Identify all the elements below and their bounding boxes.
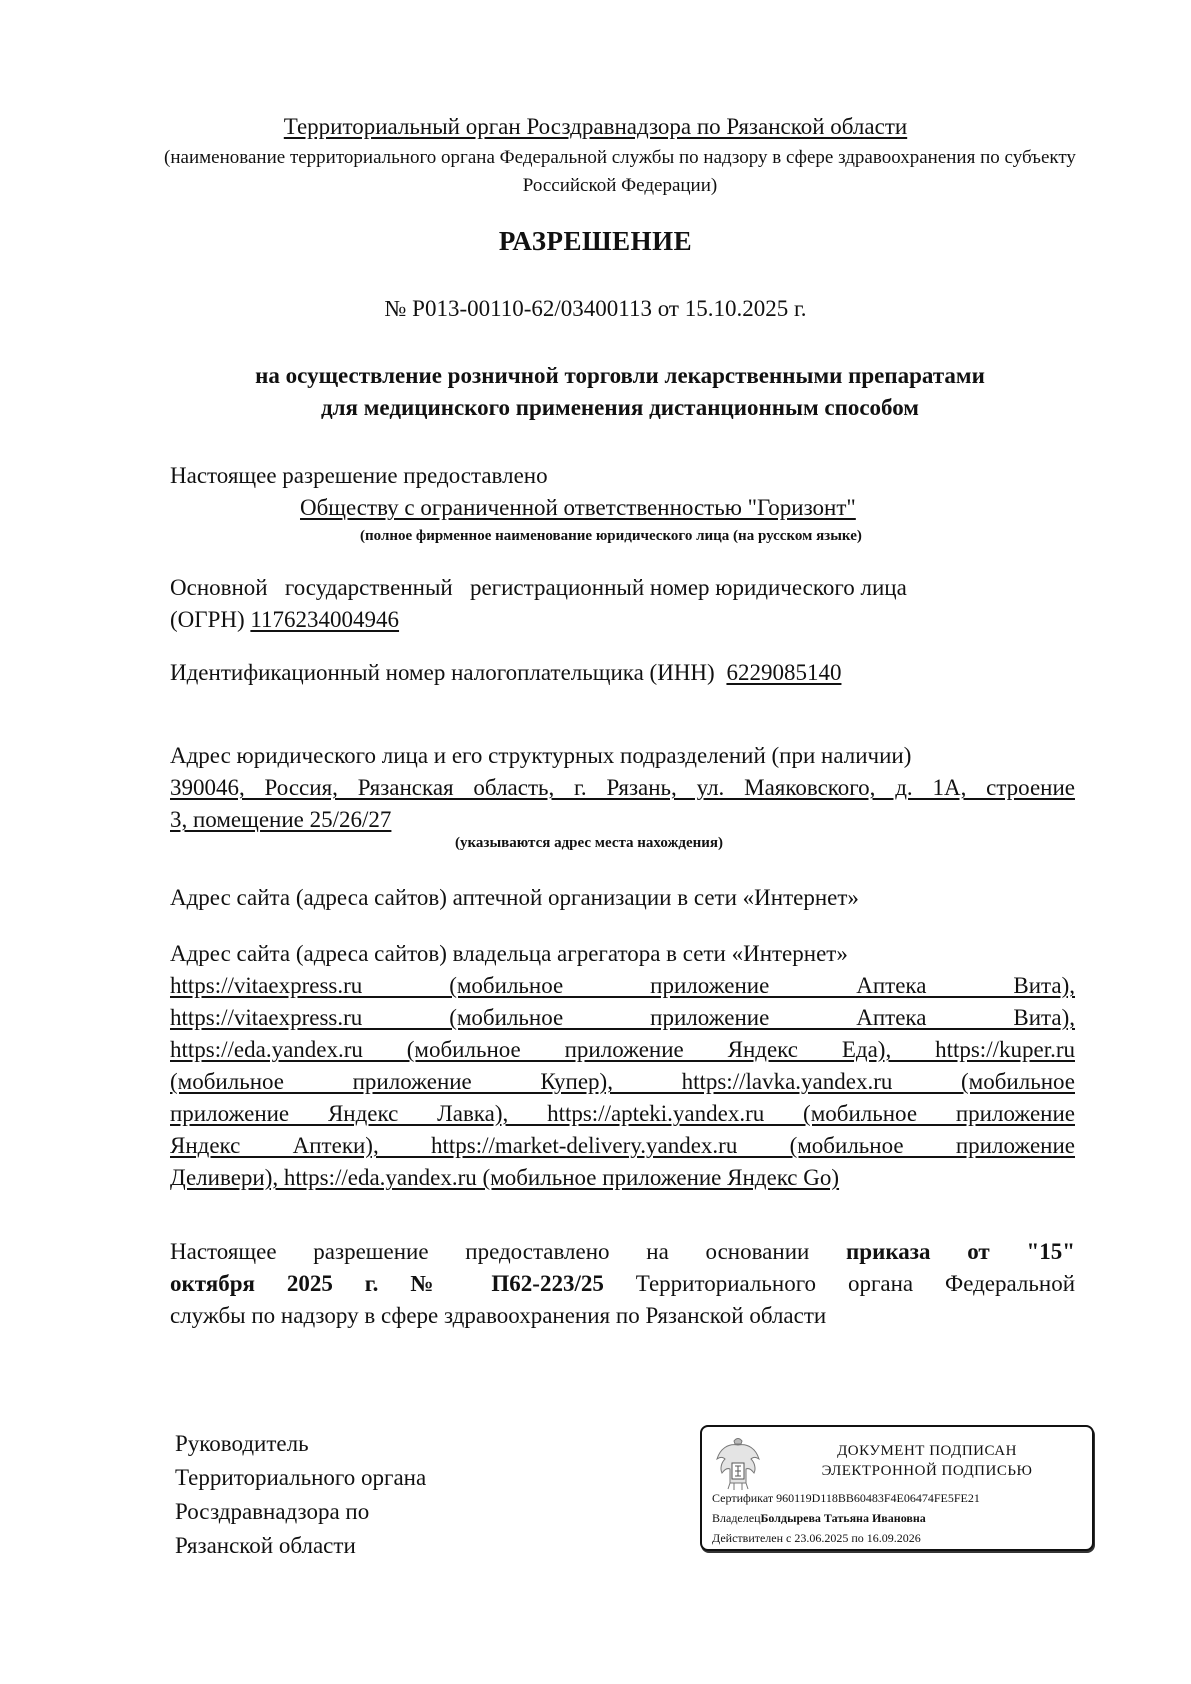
grantee-name: Обществу с ограниченной ответственностью…: [300, 492, 856, 524]
inn-value: 6229085140: [726, 660, 841, 685]
ogrn-value: 1176234004946: [250, 607, 399, 632]
ogrn-label-abbr: (ОГРН): [170, 607, 245, 632]
aggregator-line: https://vitaexpress.ru (мобильное прилож…: [170, 1002, 1075, 1034]
basis-order-ref: приказа от "15": [846, 1239, 1075, 1264]
grantee-label: Настоящее разрешение предоставлено: [170, 460, 548, 492]
basis-line-2: октября 2025 г. № П62-223/25 Территориал…: [170, 1268, 1075, 1300]
address-line-1: 390046, Россия, Рязанская область, г. Ря…: [170, 772, 1075, 804]
aggregator-line: https://vitaexpress.ru (мобильное прилож…: [170, 970, 1075, 1002]
subject-line-1: на осуществление розничной торговли лека…: [150, 360, 1090, 392]
basis-line-3: службы по надзору в сфере здравоохранени…: [170, 1300, 1075, 1332]
basis-block: Настоящее разрешение предоставлено на ос…: [170, 1236, 1075, 1332]
stamp-heading-line: ДОКУМЕНТ ПОДПИСАН: [777, 1441, 1077, 1461]
aggregator-block: Адрес сайта (адреса сайтов) владельца аг…: [170, 938, 1075, 1194]
stamp-heading: ДОКУМЕНТ ПОДПИСАН ЭЛЕКТРОННОЙ ПОДПИСЬЮ: [777, 1441, 1077, 1481]
address-note: (указываются адрес места нахождения): [455, 835, 723, 852]
stamp-certificate: Сертификат 960119D118BB60483F4E06474FE5F…: [712, 1491, 980, 1506]
owner-value: Болдырева Татьяна Ивановна: [761, 1511, 926, 1525]
aggregator-line: приложение Яндекс Лавка), https://apteki…: [170, 1098, 1075, 1130]
aggregator-line: (мобильное приложение Купер), https://la…: [170, 1066, 1075, 1098]
basis-line-1: Настоящее разрешение предоставлено на ос…: [170, 1236, 1075, 1268]
document-number: № Р013-00110-62/03400113 от 15.10.2025 г…: [0, 296, 1191, 322]
org-name: Территориальный орган Росздравнадзора по…: [0, 114, 1191, 140]
pharmacy-site-label: Адрес сайта (адреса сайтов) аптечной орг…: [170, 882, 859, 914]
certificate-value: 960119D118BB60483F4E06474FE5FE21: [776, 1491, 980, 1505]
signer-position-line: Рязанской области: [175, 1529, 426, 1563]
basis-text: Настоящее разрешение предоставлено на ос…: [170, 1239, 809, 1264]
document-subject: на осуществление розничной торговли лека…: [150, 360, 1090, 424]
basis-order-number: октября 2025 г. № П62-223/25: [170, 1271, 604, 1296]
inn-block: Идентификационный номер налогоплательщик…: [170, 657, 841, 689]
stamp-owner: ВладелецБолдырева Татьяна Ивановна: [712, 1511, 926, 1526]
basis-text: Территориального органа Федеральной: [636, 1271, 1075, 1296]
aggregator-line: Яндекс Аптеки), https://market-delivery.…: [170, 1130, 1075, 1162]
stamp-heading-line: ЭЛЕКТРОННОЙ ПОДПИСЬЮ: [777, 1461, 1077, 1481]
signer-position: Руководитель Территориального органа Рос…: [175, 1427, 426, 1563]
ogrn-block: Основной государственный регистрационный…: [170, 572, 1075, 636]
grantee-name-text: Обществу с ограниченной ответственностью…: [300, 495, 856, 520]
org-note: (наименование территориального органа Фе…: [150, 144, 1090, 200]
aggregator-label: Адрес сайта (адреса сайтов) владельца аг…: [170, 938, 1075, 970]
ogrn-label: Основной государственный регистрационный…: [170, 572, 1075, 604]
signer-position-line: Территориального органа: [175, 1461, 426, 1495]
document-title: РАЗРЕШЕНИЕ: [0, 226, 1191, 257]
address-line-2: 3, помещение 25/26/27: [170, 807, 391, 832]
stamp-validity: Действителен с 23.06.2025 по 16.09.2026: [712, 1531, 921, 1546]
inn-label: Идентификационный номер налогоплательщик…: [170, 660, 715, 685]
address-block: Адрес юридического лица и его структурны…: [170, 740, 1075, 836]
aggregator-line: https://eda.yandex.ru (мобильное приложе…: [170, 1034, 1075, 1066]
coat-of-arms-icon: [714, 1435, 762, 1493]
signer-position-line: Росздравнадзора по: [175, 1495, 426, 1529]
aggregator-line: Деливери), https://eda.yandex.ru (мобиль…: [170, 1165, 839, 1190]
signer-position-line: Руководитель: [175, 1427, 426, 1461]
org-name-text: Территориальный орган Росздравнадзора по…: [284, 114, 907, 139]
owner-label: Владелец: [712, 1511, 761, 1525]
grantee-name-note: (полное фирменное наименование юридическ…: [360, 528, 862, 545]
certificate-label: Сертификат: [712, 1491, 773, 1505]
subject-line-2: для медицинского применения дистанционны…: [150, 392, 1090, 424]
e-signature-stamp: ДОКУМЕНТ ПОДПИСАН ЭЛЕКТРОННОЙ ПОДПИСЬЮ С…: [700, 1425, 1094, 1551]
address-label: Адрес юридического лица и его структурны…: [170, 740, 1075, 772]
